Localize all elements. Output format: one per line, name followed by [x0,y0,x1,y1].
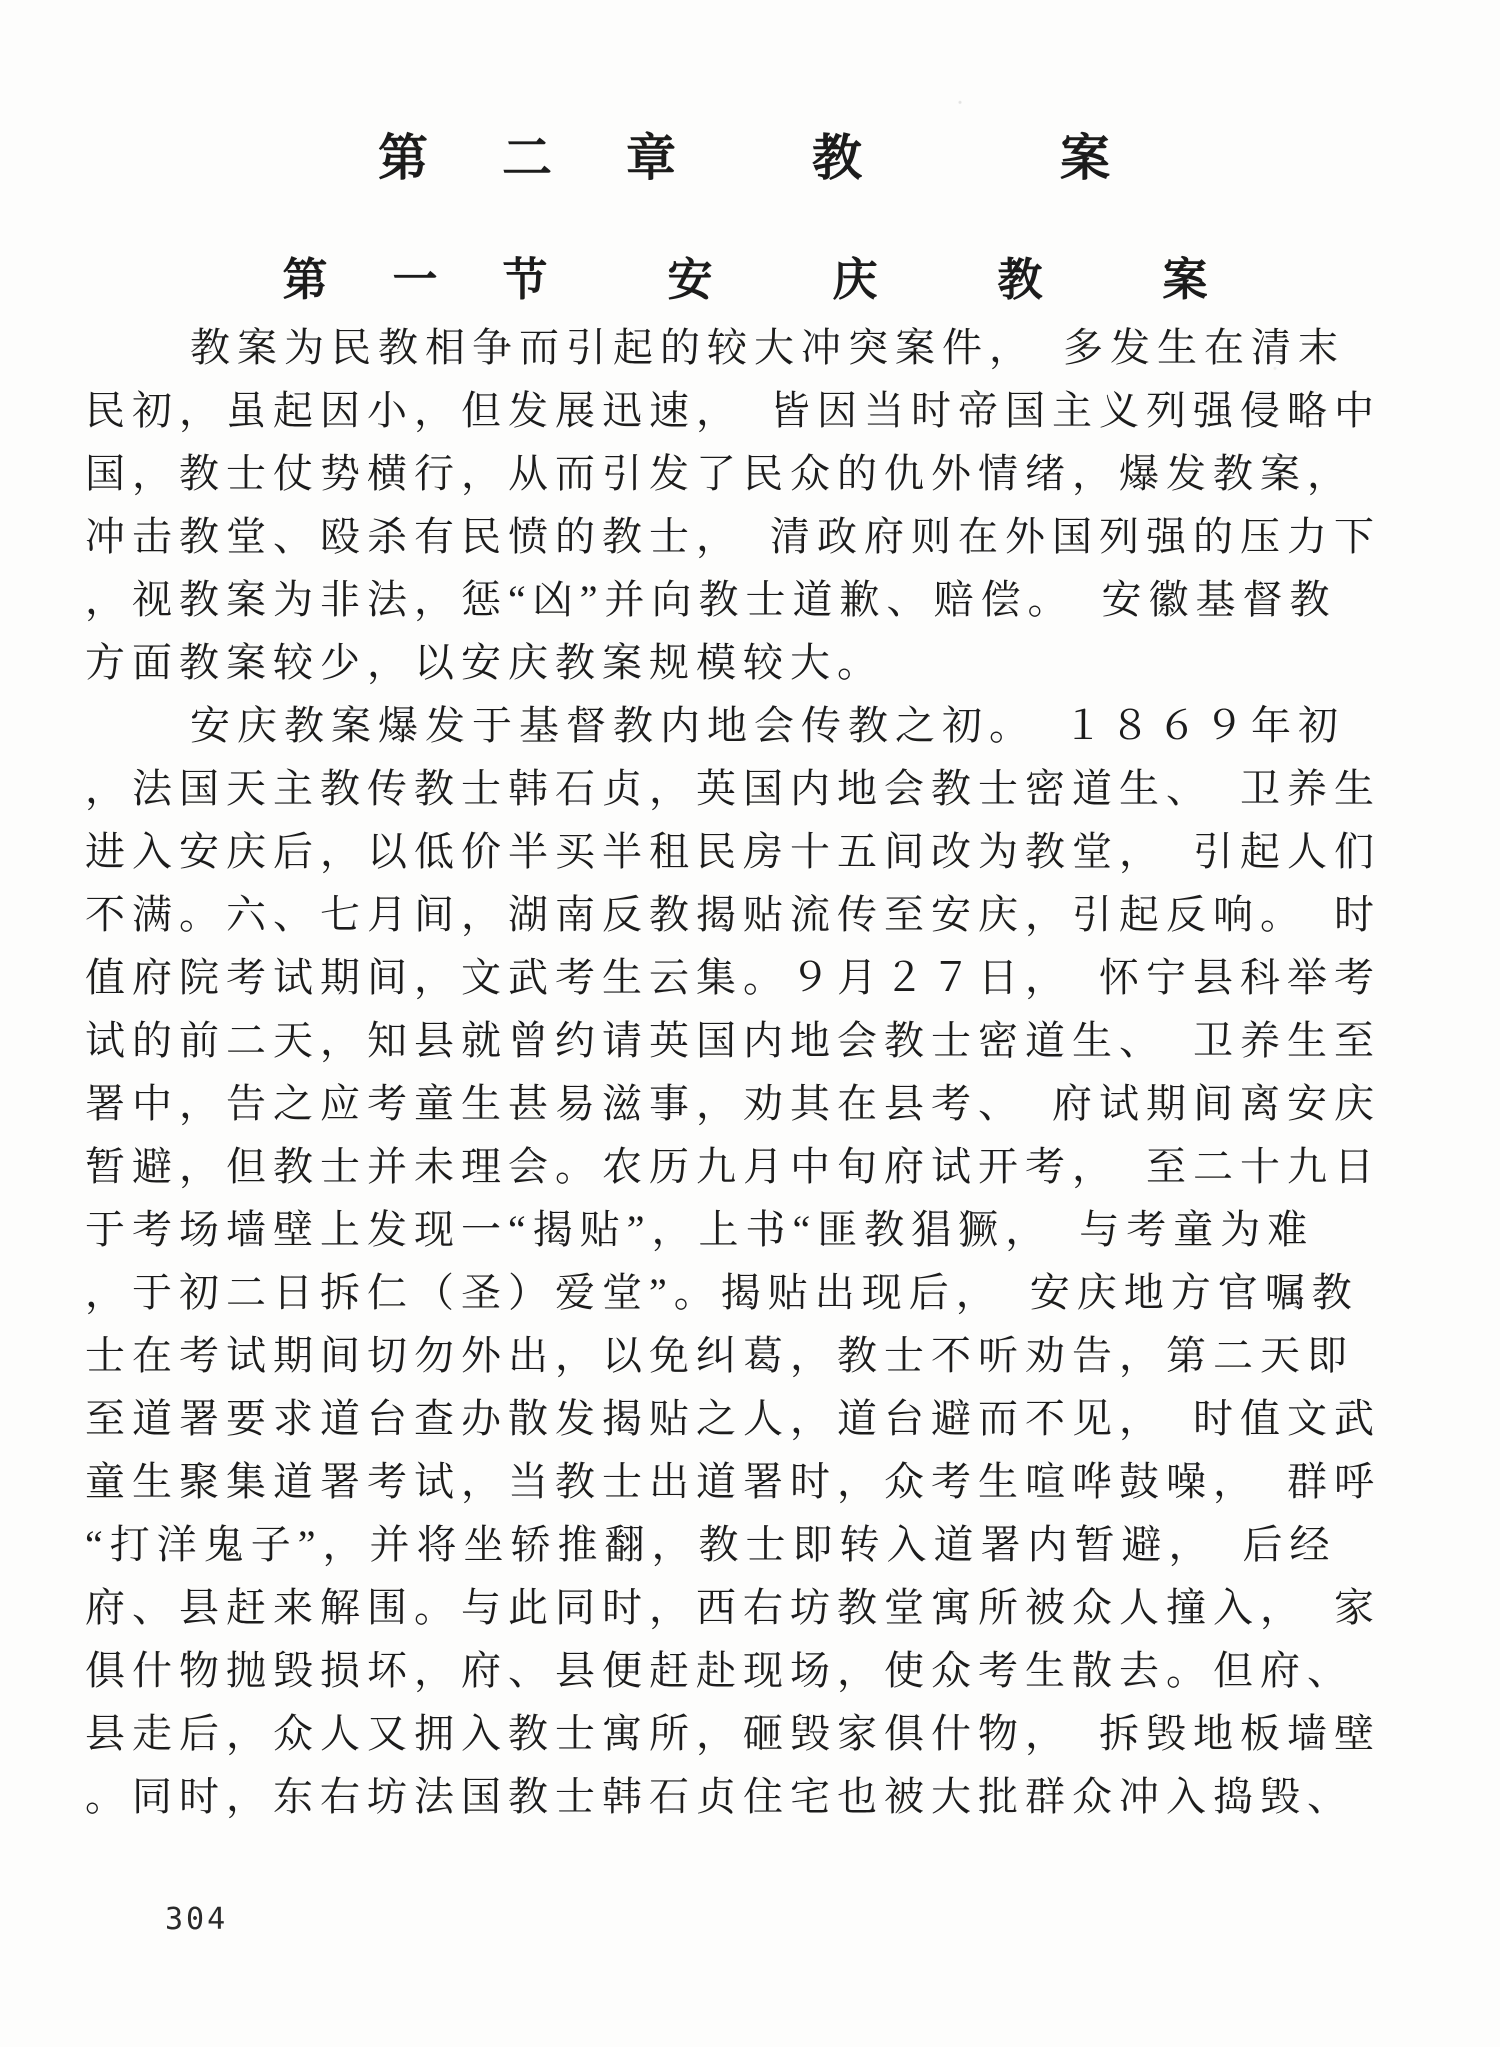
body-line: 俱什物抛毁损坏，府、县便赶赴现场，使众考生散去。但府、 [85,1639,1430,1702]
body-text: 教案为民教相争而引起的较大冲突案件， 多发生在清末 民初，虽起因小，但发展迅速，… [85,316,1430,1828]
body-line: 进入安庆后，以低价半买半租民房十五间改为教堂， 引起人们 [85,820,1430,883]
body-line: 不满。六、七月间，湖南反教揭贴流传至安庆，引起反响。 时 [85,883,1430,946]
body-line: ，于初二日拆仁（圣）爱堂”。揭贴出现后， 安庆地方官嘱教 [85,1261,1430,1324]
chapter-title: 第 二 章 教 案 [0,118,1500,190]
body-line: 值府院考试期间，文武考生云集。９月２７日， 怀宁县科举考 [85,946,1430,1009]
body-line: 试的前二天，知县就曾约请英国内地会教士密道生、 卫养生至 [85,1009,1430,1072]
body-line: ，视教案为非法，惩“凶”并向教士道歉、赔偿。 安徽基督教 [85,568,1430,631]
body-line: 府、县赶来解围。与此同时，西右坊教堂寓所被众人撞入， 家 [85,1576,1430,1639]
body-line: 冲击教堂、殴杀有民愤的教士， 清政府则在外国列强的压力下 [85,505,1430,568]
body-line: 。同时，东右坊法国教士韩石贞住宅也被大批群众冲入捣毁、 [85,1765,1430,1828]
body-line: 县走后，众人又拥入教士寓所，砸毁家俱什物， 拆毁地板墙壁 [85,1702,1430,1765]
body-line: ，法国天主教传教士韩石贞，英国内地会教士密道生、 卫养生 [85,757,1430,820]
body-line: 方面教案较少，以安庆教案规模较大。 [85,631,1430,694]
body-line: 教案为民教相争而引起的较大冲突案件， 多发生在清末 [85,316,1430,379]
body-line: 士在考试期间切勿外出，以免纠葛，教士不听劝告，第二天即 [85,1324,1430,1387]
body-line: 国，教士仗势横行，从而引发了民众的仇外情绪，爆发教案， [85,442,1430,505]
body-line: 于考场墙壁上发现一“揭贴”，上书“匪教猖獗， 与考童为难 [85,1198,1430,1261]
body-line: 民初，虽起因小，但发展迅速， 皆因当时帝国主义列强侵略中 [85,379,1430,442]
body-line: 至道署要求道台查办散发揭贴之人，道台避而不见， 时值文武 [85,1387,1430,1450]
body-line: 安庆教案爆发于基督教内地会传教之初。 １８６９年初 [85,694,1430,757]
page-number: 304 [165,1902,228,1937]
body-line: 署中，告之应考童生甚易滋事，劝其在县考、 府试期间离安庆 [85,1072,1430,1135]
scanned-book-page: 第 二 章 教 案 第 一 节 安 庆 教 案 教案为民教相争而引起的较大冲突案… [0,0,1500,2047]
body-line: “打洋鬼子”，并将坐轿推翻，教士即转入道署内暂避， 后经 [85,1513,1430,1576]
body-line: 童生聚集道署考试，当教士出道署时，众考生喧哗鼓噪， 群呼 [85,1450,1430,1513]
body-line: 暂避，但教士并未理会。农历九月中旬府试开考， 至二十九日 [85,1135,1430,1198]
section-title: 第 一 节 安 庆 教 案 [0,243,1500,308]
